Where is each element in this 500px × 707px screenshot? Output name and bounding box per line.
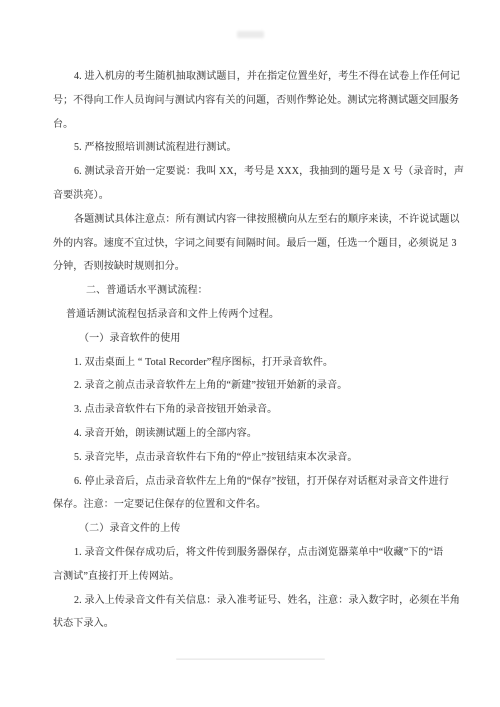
doc-line: 1. 双击桌面上 “ Total Recorder”程序图标，打开录音软件。: [53, 351, 449, 375]
doc-line: 普通话测试流程包括录音和文件上传两个过程。: [53, 303, 449, 327]
document-text-block: 4. 进入机房的考生随机抽取测试题目，并在指定位置坐好，考生不得在试卷上作任何记…: [53, 65, 449, 636]
doc-line: 4. 进入机房的考生随机抽取测试题目，并在指定位置坐好，考生不得在试卷上作任何记: [53, 65, 449, 89]
doc-line: 言测试”直接打开上传网站。: [53, 565, 449, 589]
doc-line: 3. 点击录音软件右下角的录音按钮开始录音。: [53, 398, 449, 422]
doc-line: 5. 严格按照培训测试流程进行测试。: [53, 136, 449, 160]
doc-line: 分钟，否则按缺时规则扣分。: [53, 255, 449, 279]
doc-line: 状态下录入。: [53, 612, 449, 636]
footer-rule: [176, 658, 325, 660]
doc-line: 4. 录音开始，朗读测试题上的全部内容。: [53, 422, 449, 446]
doc-line: 6. 停止录音后，点击录音软件左上角的“保存”按钮，打开保存对话框对录音文件进行: [53, 470, 449, 494]
doc-line: 2. 录入上传录音文件有关信息：录入准考证号、姓名，注意：录入数字时，必须在半角: [53, 589, 449, 613]
doc-line: 号；不得向工作人员询问与测试内容有关的问题，否则作弊论处。测试完将测试题交回服务: [53, 89, 449, 113]
doc-line: 台。: [53, 113, 449, 137]
doc-line: 1. 录音文件保存成功后，将文件传到服务器保存，点击浏览器菜单中“收藏”下的“语: [53, 541, 449, 565]
doc-section-heading: 二、普通话水平测试流程：: [53, 279, 449, 303]
faded-header-artifact: [237, 31, 264, 38]
doc-subsection-heading: （一）录音软件的使用: [53, 327, 449, 351]
doc-line: 5. 录音完毕，点击录音软件右下角的“停止”按钮结束本次录音。: [53, 446, 449, 470]
doc-line: 保存。注意：一定要记住保存的位置和文件名。: [53, 493, 449, 517]
doc-line: 6. 测试录音开始一定要说：我叫 XX，考号是 XXX，我抽到的题号是 X 号（…: [53, 160, 449, 184]
doc-line: 外的内容。速度不宜过快，字词之间要有间隔时间。最后一题，任选一个题目，必须说足 …: [53, 232, 449, 256]
doc-line: 音要洪亮）。: [53, 184, 449, 208]
document-page: 4. 进入机房的考生随机抽取测试题目，并在指定位置坐好，考生不得在试卷上作任何记…: [0, 0, 500, 707]
doc-subsection-heading: （二）录音文件的上传: [53, 517, 449, 541]
doc-line: 2. 录音之前点击录音软件左上角的“新建”按钮开始新的录音。: [53, 374, 449, 398]
doc-line: 各题测试具体注意点：所有测试内容一律按照横向从左至右的顺序来读，不许说试题以: [53, 208, 449, 232]
